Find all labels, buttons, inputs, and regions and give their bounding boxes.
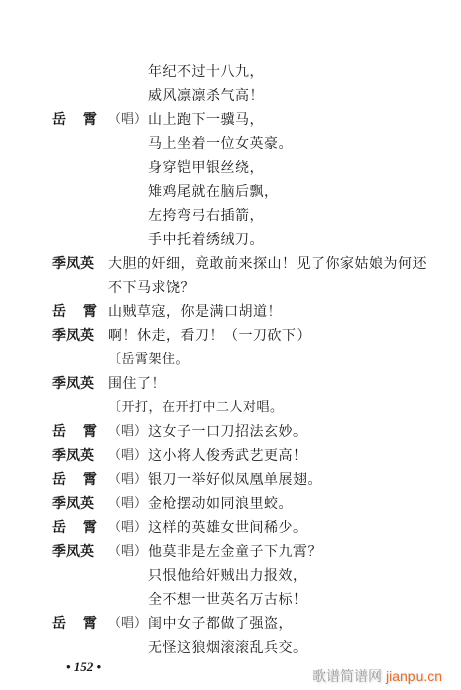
sing-marker: （唱） (108, 111, 147, 129)
verse-line: 这样的英雄女世间稀少。 (148, 519, 308, 537)
speaker-name: 岳 霄 (52, 423, 103, 441)
stage-direction: 〔开打，在开打中二人对唱。 (108, 399, 284, 417)
sing-marker: （唱） (108, 615, 147, 633)
sing-marker: （唱） (108, 471, 147, 489)
verse-line: 年纪不过十八九， (148, 63, 264, 81)
speaker-name: 岳 霄 (52, 615, 103, 633)
dialogue-line: 啊！休走，看刀！（一刀砍下） (108, 327, 311, 345)
verse-line: 雉鸡尾就在脑后飘， (148, 183, 279, 201)
watermark: 歌谱简谱网jianpu.cn (312, 666, 442, 686)
verse-line: 左挎弯弓右插箭， (148, 207, 264, 225)
verse-line: 山上跑下一骥马， (148, 111, 264, 129)
sing-marker: （唱） (108, 495, 147, 513)
verse-line: 他莫非是左金童子下九霄？ (148, 543, 322, 561)
verse-line: 全不想一世英名万古标！ (148, 591, 308, 609)
watermark-site-name: 歌谱简谱网 (312, 669, 382, 685)
verse-line: 银刀一举好似凤凰单展翅。 (148, 471, 322, 489)
speaker-name: 岳 霄 (52, 303, 103, 321)
sing-marker: （唱） (108, 423, 147, 441)
sing-marker: （唱） (108, 543, 147, 561)
page-number: • 152 • (66, 659, 101, 675)
speaker-name: 季凤英 (52, 327, 94, 345)
verse-line: 马上坐着一位女英豪。 (148, 135, 293, 153)
speaker-name: 季凤英 (52, 495, 94, 513)
verse-line: 这女子一口刀招法玄妙。 (148, 423, 308, 441)
dialogue-line: 不下马求饶？ (108, 279, 195, 297)
verse-line: 闺中女子都做了强盗， (148, 615, 293, 633)
watermark-domain: jianpu.cn (386, 668, 442, 684)
dialogue-line: 山贼草寇，你是满口胡道！ (108, 303, 282, 321)
verse-line: 身穿铠甲银丝绕， (148, 159, 264, 177)
verse-line: 威风凛凛杀气高！ (148, 87, 264, 105)
speaker-name: 季凤英 (52, 255, 94, 273)
sing-marker: （唱） (108, 447, 147, 465)
speaker-name: 岳 霄 (52, 471, 103, 489)
verse-line: 金枪摆动如同浪里蛟。 (148, 495, 293, 513)
verse-line: 只恨他给奸贼出力报效， (148, 567, 308, 585)
sing-marker: （唱） (108, 519, 147, 537)
dialogue-line: 大胆的奸细，竟敢前来探山！见了你家姑娘为何还 (108, 255, 427, 273)
speaker-name: 季凤英 (52, 375, 94, 393)
verse-line: 手中托着绣绒刀。 (148, 231, 264, 249)
speaker-name: 岳 霄 (52, 519, 103, 537)
speaker-name: 岳 霄 (52, 111, 103, 129)
stage-direction: 〔岳霄架住。 (108, 351, 189, 369)
speaker-name: 季凤英 (52, 543, 94, 561)
speaker-name: 季凤英 (52, 447, 94, 465)
verse-line: 这小将人俊秀武艺更高！ (148, 447, 308, 465)
dialogue-line: 围住了！ (108, 375, 166, 393)
verse-line: 无怪这狼烟滚滚乱兵交。 (148, 639, 308, 657)
script-page: 年纪不过十八九， 威风凛凛杀气高！ 岳 霄 （唱） 山上跑下一骥马， 马上坐着一… (0, 0, 461, 690)
